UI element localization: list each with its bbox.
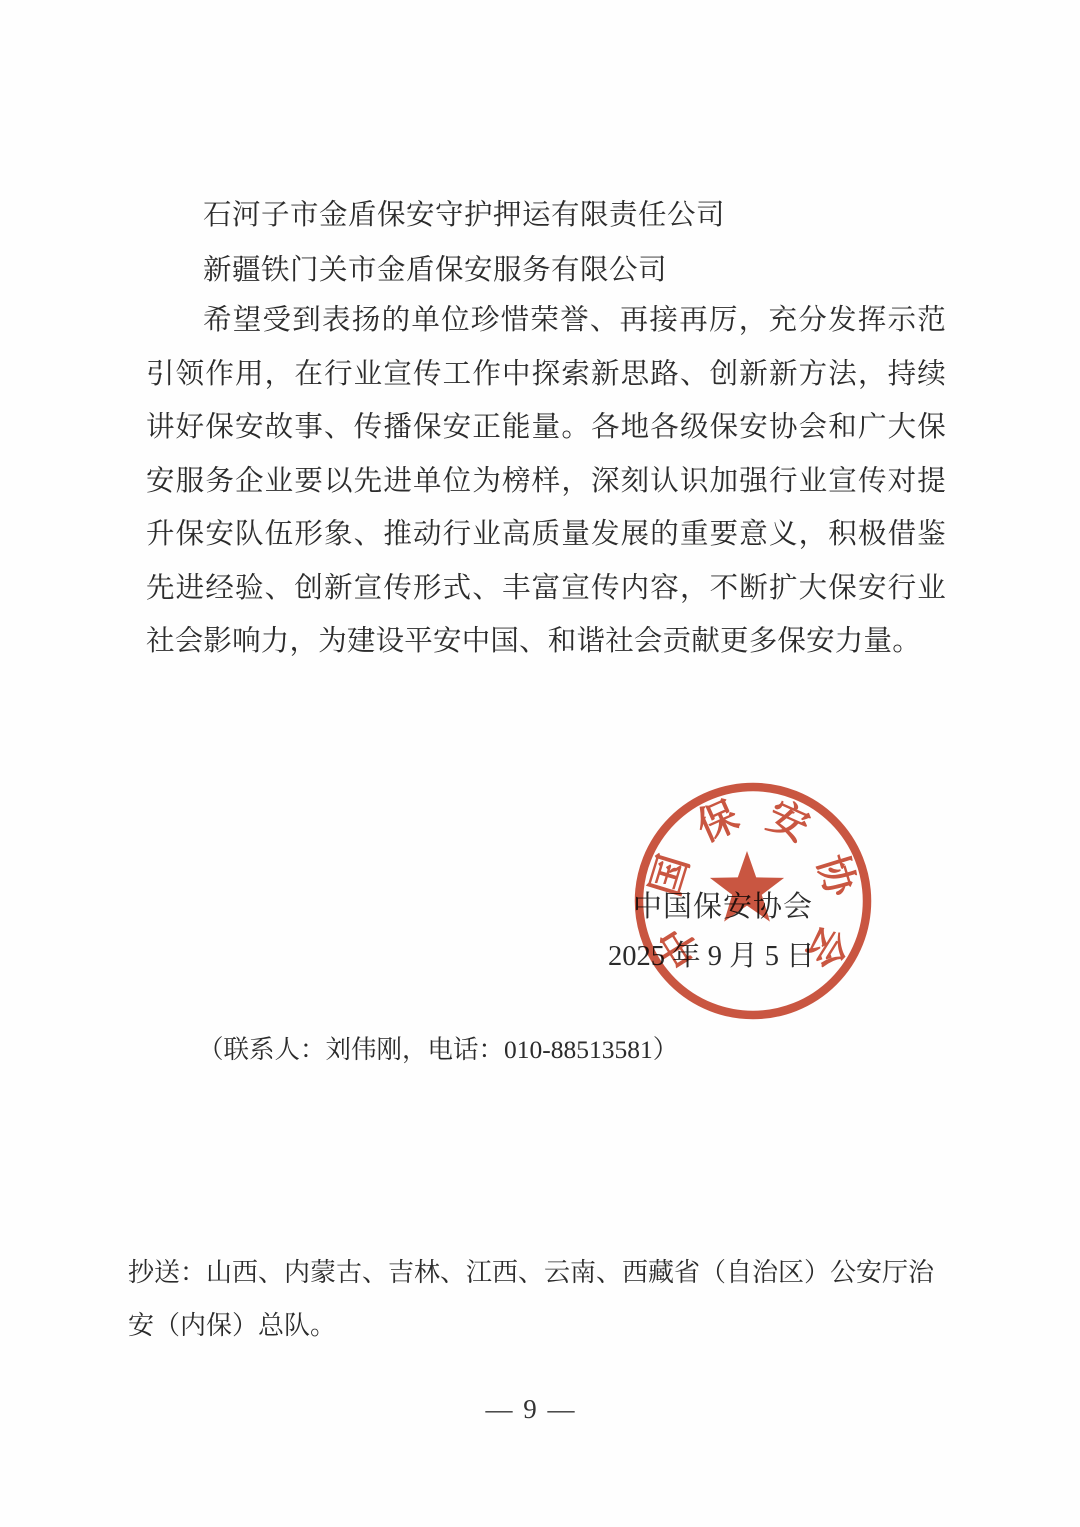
commended-unit-2: 新疆铁门关市金盾保安服务有限公司 (146, 243, 946, 298)
commended-unit-1: 石河子市金盾保安守护押运有限责任公司 (146, 188, 946, 243)
page-number: — 9 — (431, 1394, 631, 1425)
contact-note: （联系人：刘伟刚，电话：010-88513581） (198, 1030, 678, 1066)
official-seal-stamp: 中 国 保 安 协 会 (630, 778, 876, 1028)
seal-star-icon (710, 851, 784, 922)
cc-note: 抄送：山西、内蒙古、吉林、江西、云南、西藏省（自治区）公安厅治安（内保）总队。 (128, 1246, 952, 1352)
body-paragraph: 希望受到表扬的单位珍惜荣誉、再接再厉，充分发挥示范引领作用，在行业宣传工作中探索… (146, 294, 946, 669)
commended-units-list: 石河子市金盾保安守护押运有限责任公司 新疆铁门关市金盾保安服务有限公司 (146, 188, 946, 298)
document-page: 石河子市金盾保安守护押运有限责任公司 新疆铁门关市金盾保安服务有限公司 希望受到… (0, 0, 1080, 1527)
